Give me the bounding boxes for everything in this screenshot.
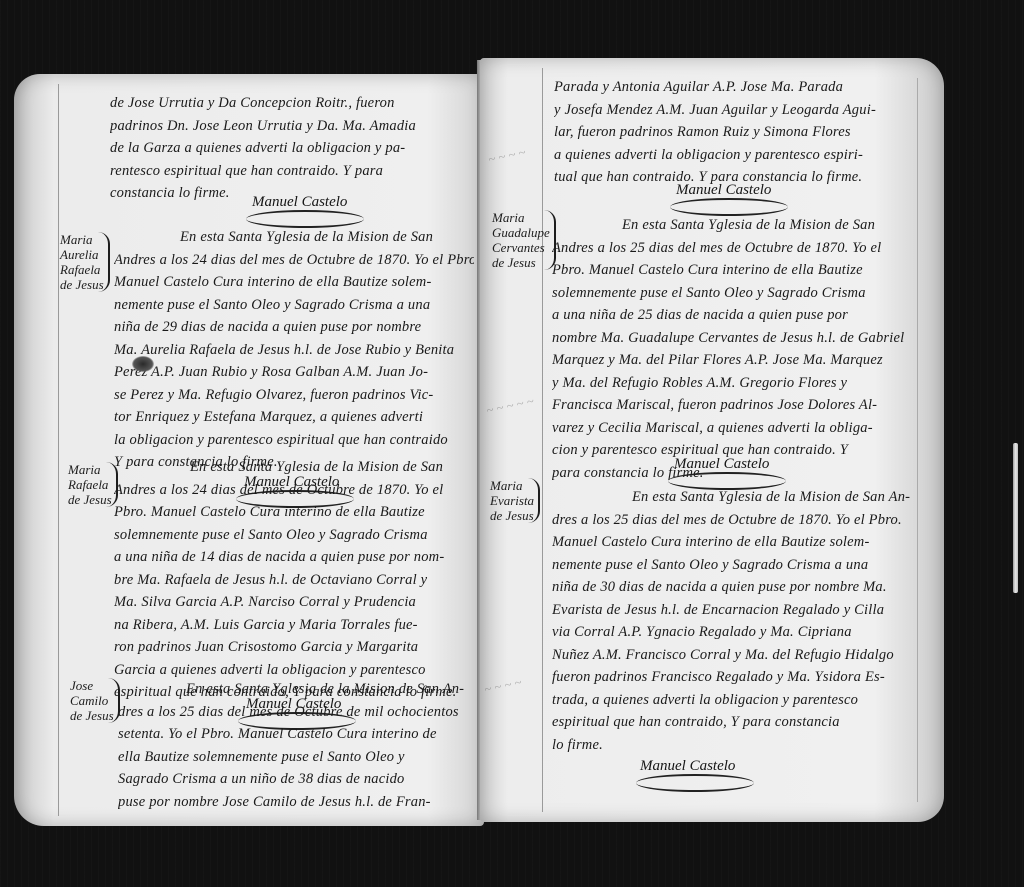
text-line: setenta. Yo el Pbro. Manuel Castelo Cura… [118,723,474,746]
text-line: varez y Cecilia Mariscal, a quienes adve… [552,417,924,440]
text-line: la obligacion y parentesco espiritual qu… [114,429,474,452]
text-line: solemnemente puse el Santo Oleo y Sagrad… [114,524,474,547]
ink-bleed-through: ~ ~ ~ ~ [483,674,523,698]
text-line: Manuel Castelo Cura interino de ella Bau… [114,271,474,294]
text-line: Andres a los 24 dias del mes de Octubre … [114,479,474,502]
entry-5-text: En esta Santa Yglesia de la Mision de Sa… [552,486,924,756]
text-line: Ma. Aurelia Rafaela de Jesus h.l. de Jos… [114,339,474,362]
text-line: na Ribera, A.M. Luis Garcia y Maria Torr… [114,614,474,637]
text-line: fueron padrinos Francisco Regalado y Ma.… [552,666,924,689]
text-line: Manuel Castelo Cura interino de ella Bau… [552,531,924,554]
text-line: En esta Santa Yglesia de la Mision de Sa… [114,456,474,479]
text-line: padrinos Dn. Jose Leon Urrutia y Da. Ma.… [110,115,470,138]
entry-2-text: En esta Santa Yglesia de la Mision de Sa… [114,456,474,704]
ink-bleed-through: ~ ~ ~ ~ [487,144,527,168]
text-line: nemente puse el Santo Oleo y Sagrado Cri… [114,294,474,317]
margin-name-entry-4: Maria Guadalupe Cervantes de Jesus [492,210,556,270]
text-line: lo firme. [552,734,924,757]
text-line: En esta Santa Yglesia de la Mision de Sa… [552,486,924,509]
margin-name-entry-5: Maria Evarista de Jesus [490,478,540,523]
text-line: Nuñez A.M. Francisco Corral y Ma. del Re… [552,644,924,667]
text-line: lar, fueron padrinos Ramon Ruiz y Simona… [554,121,924,144]
text-line: niña de 30 dias de nacida a quien puse p… [552,576,924,599]
text-line: ron padrinos Juan Crisostomo Garcia y Ma… [114,636,474,659]
right-page: ~ ~ ~ ~ ~ ~ ~ ~ ~ ~ ~ ~ ~ Parada y Anton… [480,58,944,822]
text-line: a una niña de 14 dias de nacida a quien … [114,546,474,569]
text-line: Andres a los 24 dias del mes de Octubre … [114,249,474,272]
left-page: de Jose Urrutia y Da Concepcion Roitr., … [14,74,484,826]
text-line: En esta Santa Yglesia de la Mision de Sa… [118,678,474,701]
text-line: rentesco espiritual que han contraido. Y… [110,160,470,183]
open-register-book: de Jose Urrutia y Da Concepcion Roitr., … [14,56,946,832]
scanner-edge-strip [1013,443,1018,593]
text-line: solemnemente puse el Santo Oleo y Sagrad… [552,282,924,305]
text-line: Pbro. Manuel Castelo Cura interino de el… [552,259,924,282]
text-line: dres a los 25 dias del mes de Octubre de… [118,701,474,724]
text-line: bre Ma. Rafaela de Jesus h.l. de Octavia… [114,569,474,592]
text-line: Francisca Mariscal, fueron padrinos Jose… [552,394,924,417]
priest-signature: Manuel Castelo [674,456,769,473]
priest-signature: Manuel Castelo [252,194,347,211]
text-line: espiritual que han contraido, Y para con… [552,711,924,734]
text-line: Evarista de Jesus h.l. de Encarnacion Re… [552,599,924,622]
text-line: y Ma. del Refugio Robles A.M. Gregorio F… [552,372,924,395]
text-line: ella Bautize solemnemente puse el Santo … [118,746,474,769]
text-line: En esta Santa Yglesia de la Mision de Sa… [552,214,924,237]
text-line: Perez A.P. Juan Rubio y Rosa Galban A.M.… [114,361,474,384]
signature-rubric [636,774,754,792]
text-line: via Corral A.P. Ygnacio Regalado y Ma. C… [552,621,924,644]
text-line: se Perez y Ma. Refugio Olvarez, fueron p… [114,384,474,407]
text-line: Marquez y Ma. del Pilar Flores A.P. Jose… [552,349,924,372]
right-top-continuation: Parada y Antonia Aguilar A.P. Jose Ma. P… [554,76,924,189]
text-line: a una niña de 25 dias de nacida a quien … [552,304,924,327]
text-line: Andres a los 25 dias del mes de Octubre … [552,237,924,260]
text-line: niña de 29 dias de nacida a quien puse p… [114,316,474,339]
text-line: nemente puse el Santo Oleo y Sagrado Cri… [552,554,924,577]
entry-4-text: En esta Santa Yglesia de la Mision de Sa… [552,214,924,484]
ink-bleed-through: ~ ~ ~ ~ ~ [485,393,535,419]
text-line: trada, a quienes adverti la obligacion y… [552,689,924,712]
text-line: En esta Santa Yglesia de la Mision de Sa… [114,226,474,249]
left-top-continuation: de Jose Urrutia y Da Concepcion Roitr., … [110,92,470,205]
text-line: dres a los 25 dias del mes de Octubre de… [552,509,924,532]
entry-3-text: En esta Santa Yglesia de la Mision de Sa… [118,678,474,813]
text-line: de la Garza a quienes adverti la obligac… [110,137,470,160]
margin-name-entry-1: Maria Aurelia Rafaela de Jesus [60,232,110,292]
text-line: a quienes adverti la obligacion y parent… [554,144,924,167]
text-line: Parada y Antonia Aguilar A.P. Jose Ma. P… [554,76,924,99]
entry-1-text: En esta Santa Yglesia de la Mision de Sa… [114,226,474,474]
text-line: tor Enriquez y Estefana Marquez, a quien… [114,406,474,429]
priest-signature: Manuel Castelo [640,758,735,775]
margin-name-entry-3: Jose Camilo de Jesus [70,678,120,723]
ink-smudge [132,356,154,372]
margin-name-entry-2: Maria Rafaela de Jesus [68,462,118,507]
priest-signature: Manuel Castelo [676,182,771,199]
text-line: Pbro. Manuel Castelo Cura interino de el… [114,501,474,524]
text-line: puse por nombre Jose Camilo de Jesus h.l… [118,791,474,814]
text-line: y Josefa Mendez A.M. Juan Aguilar y Leog… [554,99,924,122]
text-line: Ma. Silva Garcia A.P. Narciso Corral y P… [114,591,474,614]
text-line: nombre Ma. Guadalupe Cervantes de Jesus … [552,327,924,350]
text-line: Sagrado Crisma a un niño de 38 dias de n… [118,768,474,791]
text-line: de Jose Urrutia y Da Concepcion Roitr., … [110,92,470,115]
